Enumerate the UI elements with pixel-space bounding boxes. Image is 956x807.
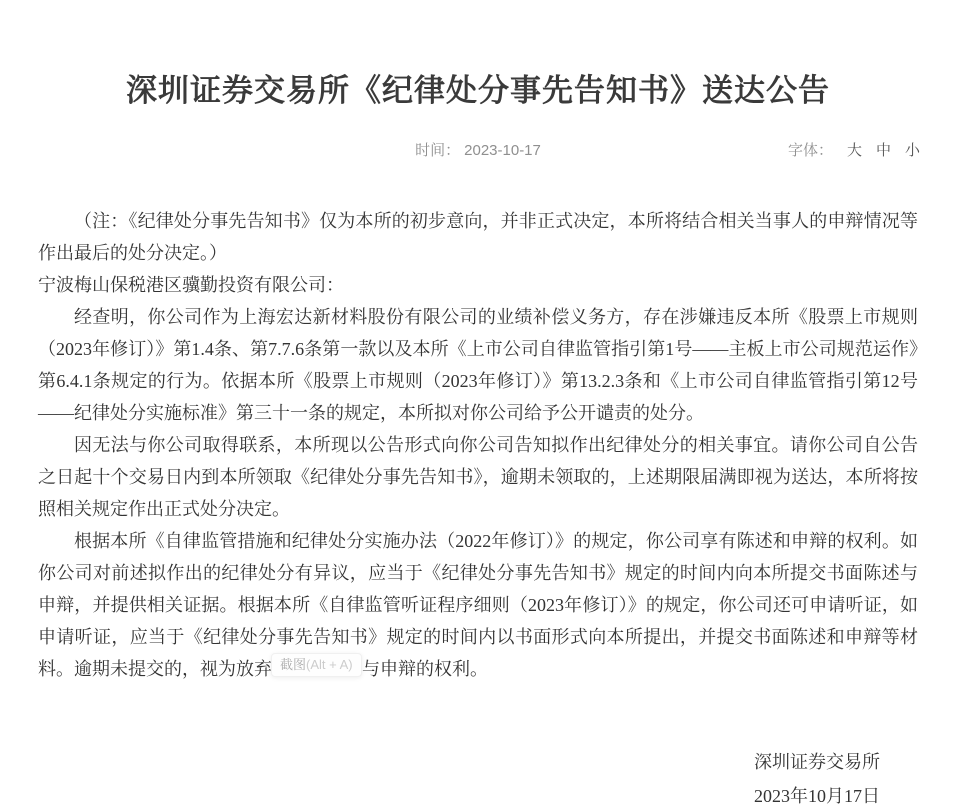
font-size-option-large[interactable]: 大 xyxy=(847,142,862,159)
signature-date: 2023年10月17日 xyxy=(38,779,880,807)
page-title: 深圳证券交易所《纪律处分事先告知书》送达公告 xyxy=(0,21,956,110)
signature-block: 深圳证券交易所 2023年10月17日 xyxy=(38,745,880,807)
paragraph-note: （注：《纪律处分事先告知书》仅为本所的初步意向，并非正式决定，本所将结合相关当事… xyxy=(38,205,918,269)
time-value: 2023-10-17 xyxy=(464,142,541,159)
announcement-body: （注：《纪律处分事先告知书》仅为本所的初步意向，并非正式决定，本所将结合相关当事… xyxy=(38,205,918,807)
paragraph-notice-delivery: 因无法与你公司取得联系，本所现以公告形式向你公司告知拟作出纪律处分的相关事宜。请… xyxy=(38,429,918,525)
screenshot-tooltip-label: 截图 xyxy=(280,657,306,672)
paragraph-addressee: 宁波梅山保税港区骥勤投资有限公司： xyxy=(38,269,918,301)
paragraph-findings: 经查明，你公司作为上海宏达新材料股份有限公司的业绩补偿义务方，存在涉嫌违反本所《… xyxy=(38,301,918,429)
font-size-control: 字体：大中小 xyxy=(788,139,920,160)
screenshot-tooltip: 截图(Alt + A) xyxy=(271,653,362,677)
screenshot-tooltip-shortcut: (Alt + A) xyxy=(306,657,353,672)
signature-org: 深圳证券交易所 xyxy=(38,745,880,779)
announcement-page: 深圳证券交易所《纪律处分事先告知书》送达公告 时间：2023-10-17 字体：… xyxy=(0,0,956,807)
font-size-label: 字体： xyxy=(788,142,833,159)
font-size-option-small[interactable]: 小 xyxy=(905,142,920,159)
time-label: 时间： xyxy=(415,142,460,159)
meta-row: 时间：2023-10-17 字体：大中小 xyxy=(0,139,956,159)
paragraph-rights: 根据本所《自律监管措施和纪律处分实施办法（2022年修订）》的规定，你公司享有陈… xyxy=(38,525,918,685)
font-size-option-medium[interactable]: 中 xyxy=(876,142,891,159)
